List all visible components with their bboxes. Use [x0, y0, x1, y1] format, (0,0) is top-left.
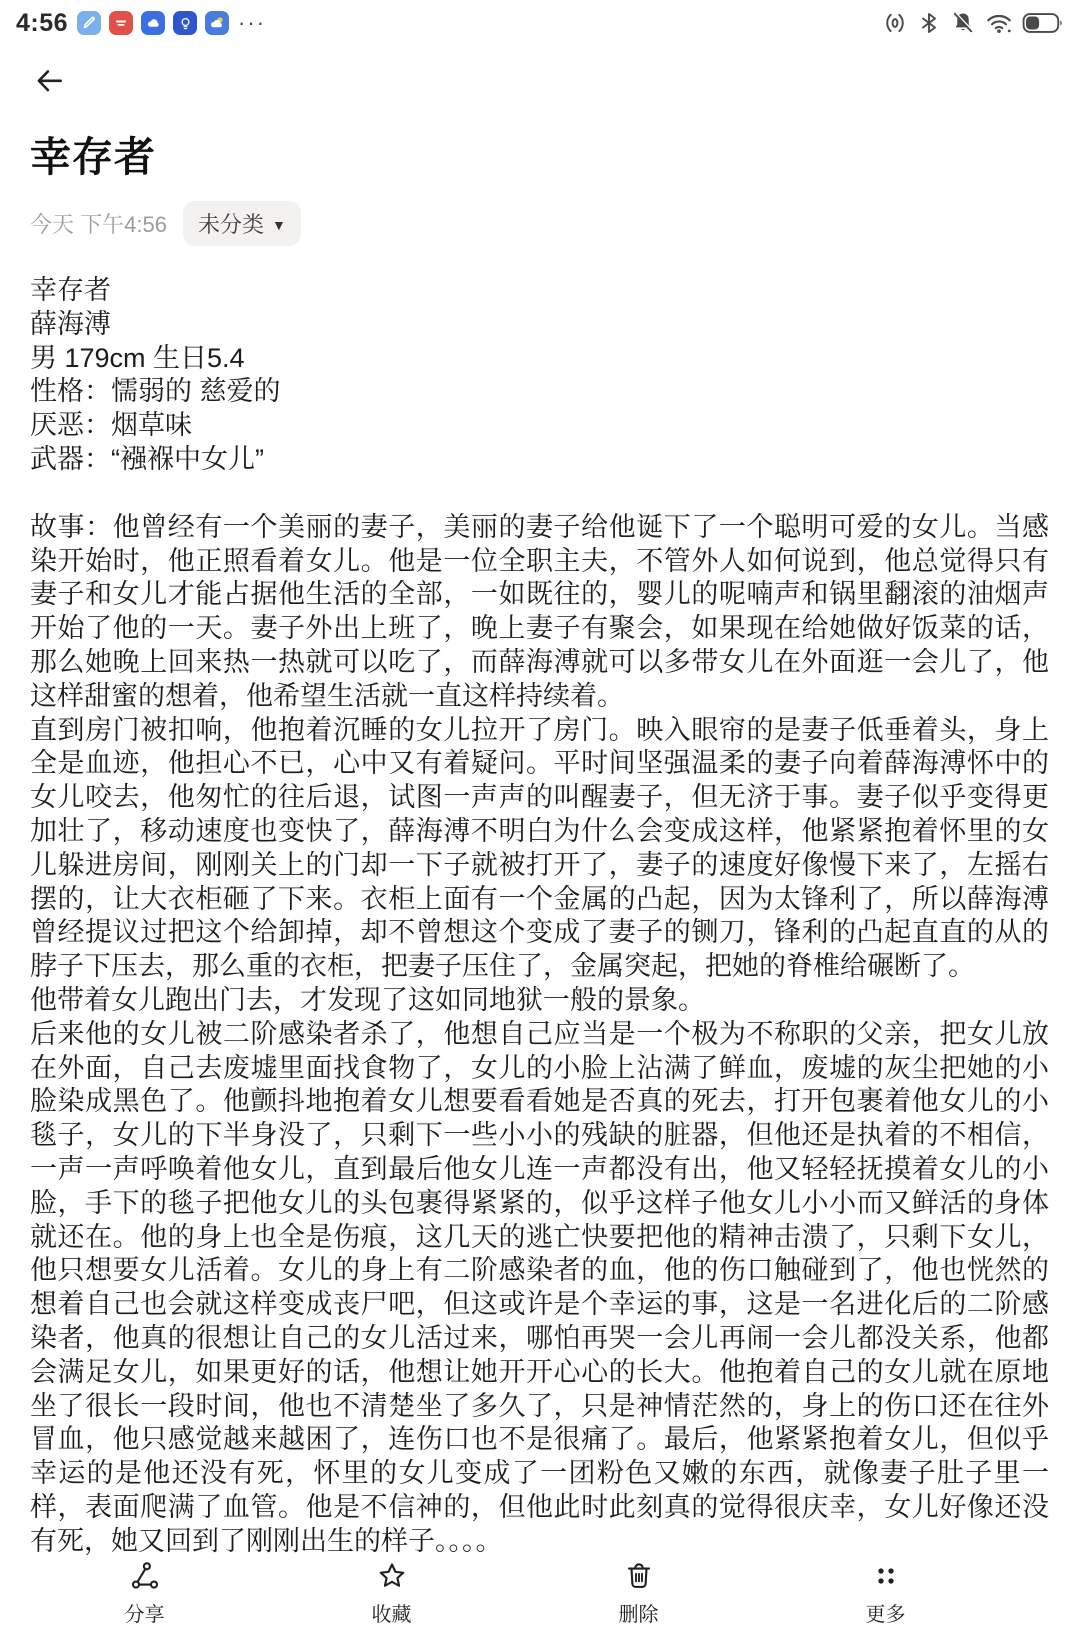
cloud-app-icon	[141, 11, 165, 35]
more-grid-icon	[871, 1561, 901, 1591]
back-button[interactable]	[32, 64, 66, 98]
category-selector[interactable]: 未分类 ▼	[183, 201, 301, 246]
battery-icon	[1022, 10, 1064, 36]
note-line-personality: 性格：懦弱的 慈爱的	[30, 375, 1049, 409]
mute-bell-icon	[950, 10, 976, 36]
note-paragraph: 后来他的女儿被二阶感染者杀了，他想自己应当是一个极为不称职的父亲，把女儿放在外面…	[30, 1018, 1049, 1559]
favorite-button[interactable]: 收藏	[372, 1561, 412, 1627]
delete-button[interactable]: 删除	[619, 1561, 659, 1627]
note-paragraph: 直到房门被扣响，他抱着沉睡的女儿拉开了房门。映入眼帘的是妻子低垂着头，身上全是血…	[30, 714, 1049, 984]
note-line-dislike: 厌恶：烟草味	[30, 409, 1049, 443]
share-button[interactable]: 分享	[125, 1561, 165, 1627]
more-button[interactable]: 更多	[866, 1561, 906, 1627]
star-icon	[377, 1561, 407, 1591]
notes-app-icon	[77, 11, 101, 35]
category-label: 未分类	[198, 208, 264, 239]
status-system-icons	[882, 10, 1064, 36]
chevron-down-icon: ▼	[272, 217, 286, 233]
delete-label: 删除	[619, 1598, 659, 1627]
note-line-name: 薛海溥	[30, 308, 1049, 342]
red-book-app-icon	[109, 11, 133, 35]
note-paragraph: 故事：他曾经有一个美丽的妻子，美丽的妻子给他诞下了一个聪明可爱的女儿。当感染开始…	[30, 511, 1049, 714]
note-line-stats: 男 179cm 生日5.4	[30, 342, 1049, 376]
note-blank-line	[30, 477, 1049, 511]
note-title: 幸存者	[30, 124, 1050, 183]
note-meta: 今天 下午4:56 未分类 ▼	[30, 201, 1050, 246]
weather-app-icon	[205, 11, 229, 35]
share-icon	[130, 1561, 160, 1591]
status-bar: 4:56 ···	[0, 0, 1080, 42]
more-notifications-dots: ···	[238, 18, 266, 28]
note-line-weapon: 武器：“襁褓中女儿”	[30, 443, 1049, 477]
trash-icon	[624, 1561, 654, 1591]
wifi-icon	[985, 10, 1013, 36]
notification-icons	[77, 11, 229, 35]
note-line-title: 幸存者	[30, 274, 1049, 308]
note-timestamp: 今天 下午4:56	[30, 208, 167, 239]
bottom-toolbar: 分享 收藏 删除 更多	[21, 1555, 1009, 1643]
more-label: 更多	[866, 1598, 906, 1627]
share-label: 分享	[125, 1598, 165, 1627]
status-time: 4:56	[16, 9, 68, 38]
idea-app-icon	[173, 11, 197, 35]
favorite-label: 收藏	[372, 1598, 412, 1627]
nfc-icon	[882, 10, 908, 36]
note-paragraph: 他带着女儿跑出门去，才发现了这如同地狱一般的景象。	[30, 984, 1049, 1018]
bluetooth-icon	[917, 10, 941, 36]
note-body[interactable]: 幸存者 薛海溥 男 179cm 生日5.4 性格：懦弱的 慈爱的 厌恶：烟草味 …	[30, 274, 1049, 1558]
